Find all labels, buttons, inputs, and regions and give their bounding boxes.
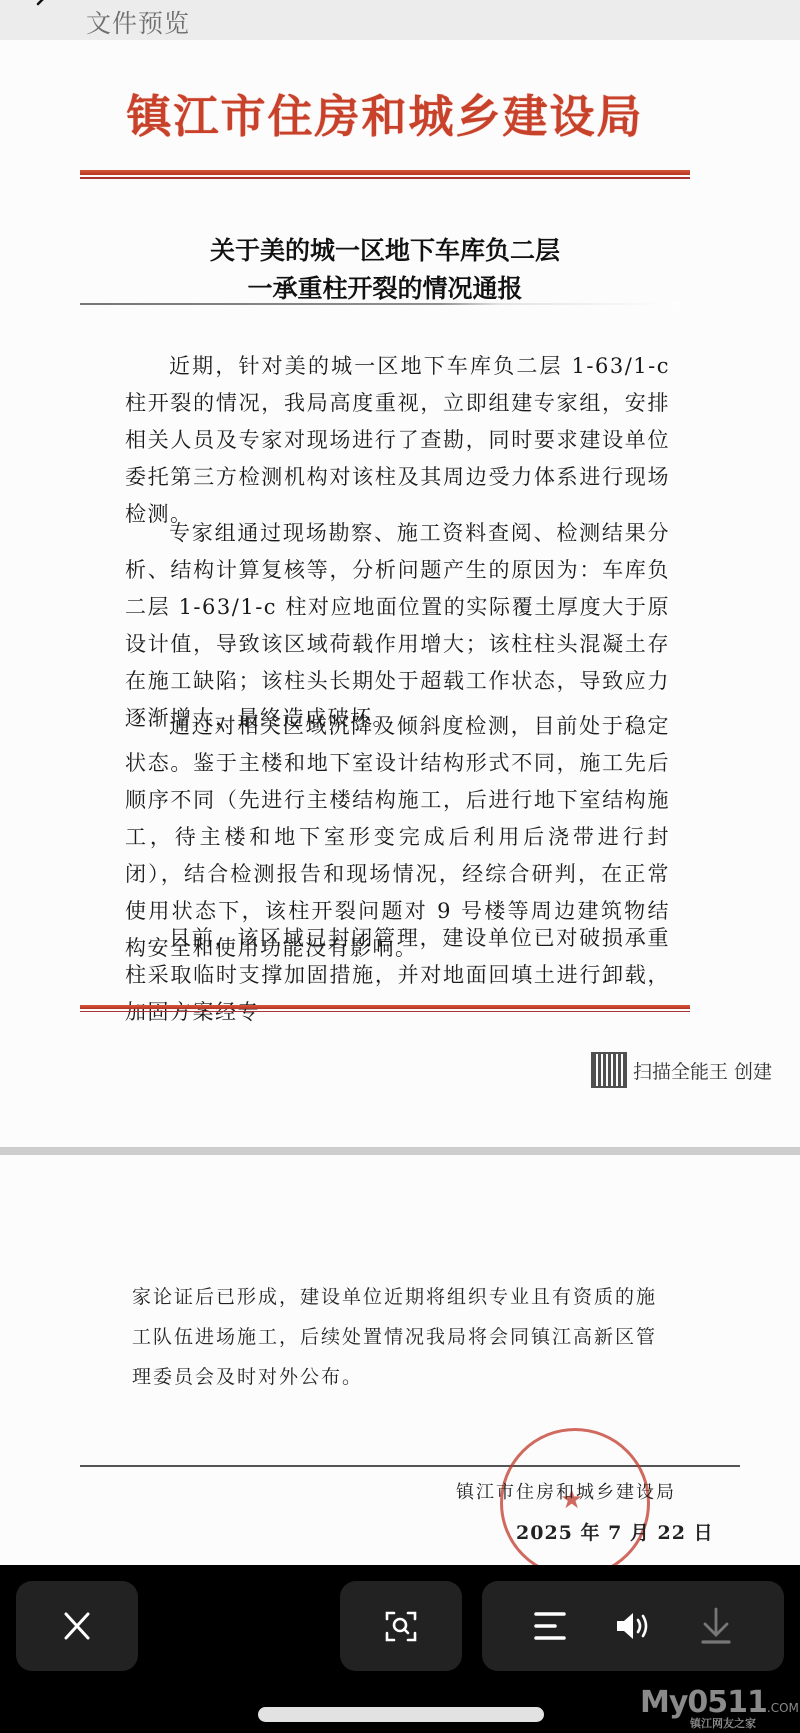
paragraph-2: 专家组通过现场勘察、施工资料查阅、检测结果分析、结构计算复核等，分析问题产生的原…	[125, 515, 670, 737]
paragraph-4: 目前，该区域已封闭管理，建设单位已对破损承重柱采取临时支撑加固措施，并对地面回填…	[125, 920, 670, 1031]
top-bar: 文件预览	[0, 0, 800, 40]
signature-org: 镇江市住房和城乡建设局	[456, 1478, 676, 1504]
page-title: 文件预览	[86, 4, 190, 40]
separator-line	[80, 303, 680, 305]
signature-date: 2025 年 7 月 22 日	[516, 1518, 714, 1545]
speaker-icon[interactable]	[614, 1609, 652, 1643]
close-button[interactable]	[16, 1581, 138, 1671]
qr-code-icon	[591, 1052, 627, 1088]
scanner-watermark-text: 扫描全能王 创建	[633, 1057, 772, 1084]
scan-search-icon	[384, 1609, 418, 1643]
letterhead-rule	[80, 170, 690, 175]
site-watermark: My0511.COM 镇江网友之家	[640, 1685, 799, 1720]
site-watermark-sub: 镇江网友之家	[690, 1715, 756, 1731]
menu-icon[interactable]	[533, 1609, 567, 1643]
footer-rule-thin	[80, 1011, 690, 1012]
back-icon[interactable]	[32, 0, 50, 12]
action-button-group	[482, 1581, 784, 1671]
download-icon[interactable]	[699, 1607, 733, 1645]
letterhead-rule-thin	[80, 177, 690, 179]
letterhead: 镇江市住房和城乡建设局	[80, 80, 690, 145]
home-indicator[interactable]	[258, 1707, 544, 1722]
document-title-line-1: 关于美的城一区地下车库负二层	[80, 232, 690, 270]
paragraph-continued: 家论证后已形成，建设单位近期将组织专业且有资质的施工队伍进场施工，后续处置情况我…	[132, 1277, 672, 1397]
site-watermark-suffix: .COM	[767, 1701, 799, 1715]
footer-rule	[80, 1005, 690, 1009]
scanner-watermark: 扫描全能王 创建	[591, 1052, 772, 1088]
paragraph-1: 近期，针对美的城一区地下车库负二层 1-63/1-c 柱开裂的情况，我局高度重视…	[125, 348, 670, 533]
scan-search-button[interactable]	[340, 1581, 462, 1671]
close-icon	[61, 1610, 93, 1642]
page-divider	[0, 1147, 800, 1155]
